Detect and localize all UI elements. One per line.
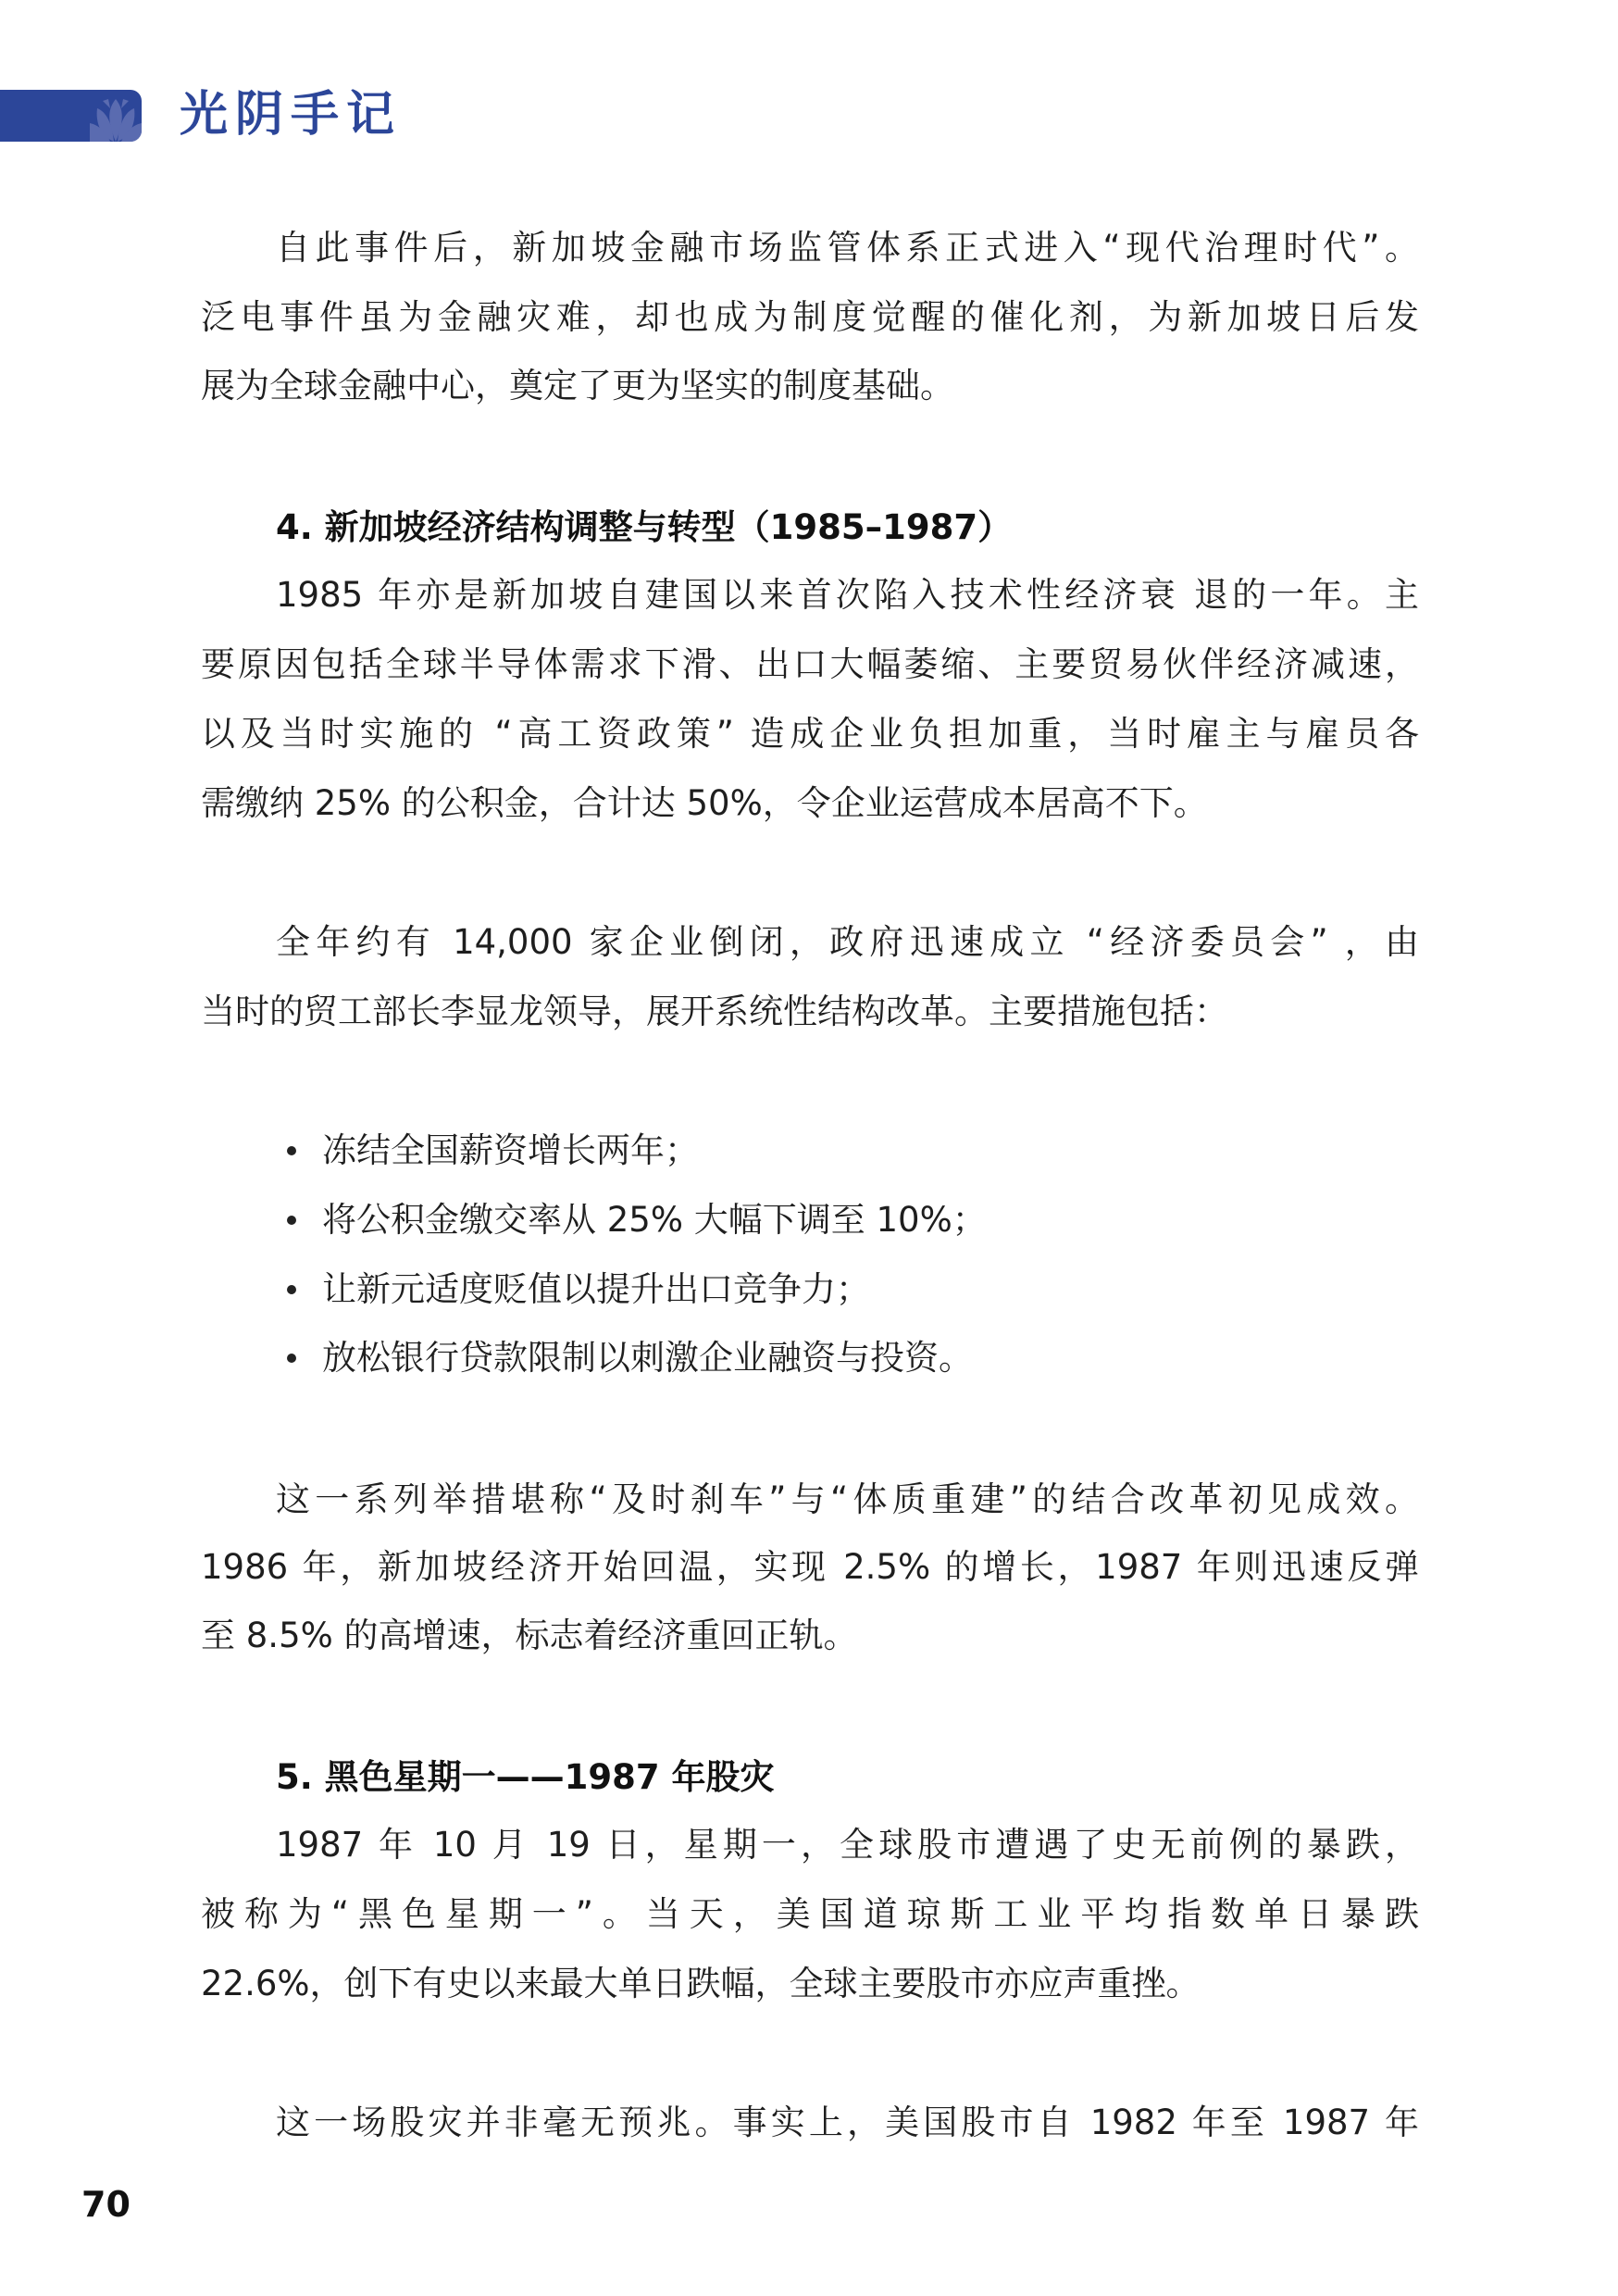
brand-bar <box>0 90 142 142</box>
section-heading: 4. 新加坡经济结构调整与转型（1985–1987） <box>276 505 1012 551</box>
paragraph-line: 以及当时实施的 “高工资政策” 造成企业负担加重，当时雇主与雇员各 <box>201 711 1419 757</box>
list-item: 将公积金缴交率从 25% 大幅下调至 10%； <box>322 1197 987 1243</box>
paragraph-line: 需缴纳 25% 的公积金，合计达 50%，令企业运营成本居高不下。 <box>201 780 1419 827</box>
paragraph-line: 当时的贸工部长李显龙领导，展开系统性结构改革。主要措施包括： <box>201 989 1419 1035</box>
bullet-icon <box>287 1285 296 1294</box>
paragraph-line: 1986 年，新加坡经济开始回温，实现 2.5% 的增长，1987 年则迅速反弹 <box>201 1544 1419 1591</box>
paragraph-line: 至 8.5% 的高增速，标志着经济重回正轨。 <box>201 1613 1419 1659</box>
paragraph-line: 22.6%，创下有史以来最大单日跌幅，全球主要股市亦应声重挫。 <box>201 1961 1419 2007</box>
bullet-icon <box>287 1146 296 1155</box>
paragraph-line: 这一系列举措堪称“及时刹车”与“体质重建”的结合改革初见成效。 <box>276 1477 1419 1523</box>
bullet-icon <box>287 1216 296 1225</box>
section-heading: 5. 黑色星期一——1987 年股灾 <box>276 1754 775 1801</box>
paragraph-line: 自此事件后，新加坡金融市场监管体系正式进入“现代治理时代”。 <box>276 225 1419 271</box>
paragraph-line: 1985 年亦是新加坡自建国以来首次陷入技术性经济衰 退的一年。主 <box>276 572 1419 618</box>
lotus-icon <box>90 95 142 142</box>
brand-title: 光阴手记 <box>180 87 402 143</box>
paragraph-line: 1987 年 10 月 19 日，星期一，全球股市遭遇了史无前例的暴跌， <box>276 1822 1419 1868</box>
list-item: 让新元适度贬值以提升出口竞争力； <box>322 1267 870 1313</box>
list-item: 放松银行贷款限制以刺激企业融资与投资。 <box>322 1335 973 1381</box>
list-item: 冻结全国薪资增长两年； <box>322 1128 699 1174</box>
bullet-icon <box>287 1354 296 1363</box>
paragraph-line: 全年约有 14,000 家企业倒闭，政府迅速成立 “经济委员会” ，由 <box>276 919 1419 966</box>
paragraph-line: 这一场股灾并非毫无预兆。事实上，美国股市自 1982 年至 1987 年 <box>276 2100 1419 2146</box>
paragraph-line: 被称为“黑色星期一”。当天，美国道琼斯工业平均指数单日暴跌 <box>201 1891 1419 1938</box>
paragraph-line: 泛电事件虽为金融灾难，却也成为制度觉醒的催化剂，为新加坡日后发 <box>201 294 1419 341</box>
paragraph-line: 要原因包括全球半导体需求下滑、出口大幅萎缩、主要贸易伙伴经济减速， <box>201 642 1419 688</box>
page-number: 70 <box>81 2183 131 2226</box>
paragraph-line: 展为全球金融中心，奠定了更为坚实的制度基础。 <box>201 363 1419 409</box>
